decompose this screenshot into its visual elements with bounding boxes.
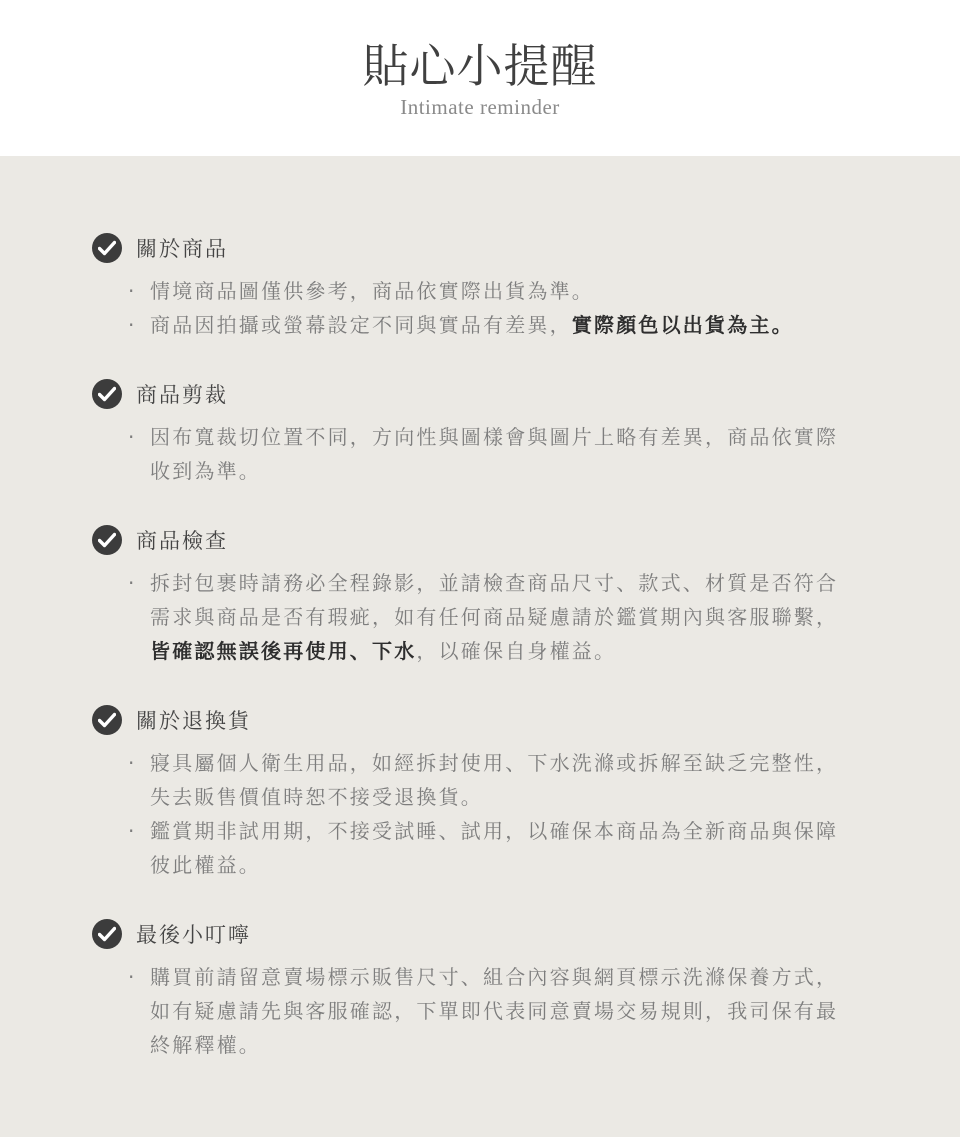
section-header: 最後小叮嚀: [92, 918, 882, 950]
bullet: ·: [128, 814, 137, 848]
section-title: 商品剪裁: [136, 379, 228, 409]
item-text: 商品因拍攝或螢幕設定不同與實品有差異，: [150, 313, 572, 337]
section-product-cutting: 商品剪裁 · 因布寬裁切位置不同，方向性與圖樣會與圖片上略有差異，商品依實際收到…: [92, 378, 882, 488]
section-header: 關於退換貨: [92, 704, 882, 736]
header: 貼心小提醒 Intimate reminder: [0, 0, 960, 156]
page-title: 貼心小提醒: [0, 38, 960, 94]
list-item: · 拆封包裹時請務必全程錄影，並請檢查商品尺寸、款式、材質是否符合需求與商品是否…: [128, 566, 850, 668]
item-text: ，以確保自身權益。: [416, 639, 616, 663]
section-product-inspection: 商品檢查 · 拆封包裹時請務必全程錄影，並請檢查商品尺寸、款式、材質是否符合需求…: [92, 524, 882, 668]
list-item: · 寢具屬個人衛生用品，如經拆封使用、下水洗滌或拆解至缺乏完整性，失去販售價值時…: [128, 746, 850, 814]
item-text: 拆封包裹時請務必全程錄影，並請檢查商品尺寸、款式、材質是否符合需求與商品是否有瑕…: [150, 571, 838, 629]
list-item: · 情境商品圖僅供參考，商品依實際出貨為準。: [128, 274, 850, 308]
list-item: · 商品因拍攝或螢幕設定不同與實品有差異，實際顏色以出貨為主。: [128, 308, 850, 342]
list-item: · 因布寬裁切位置不同，方向性與圖樣會與圖片上略有差異，商品依實際收到為準。: [128, 420, 850, 488]
item-emphasis: 皆確認無誤後再使用、下水: [150, 639, 416, 663]
bullet: ·: [128, 566, 137, 600]
section-title: 最後小叮嚀: [136, 919, 251, 949]
bullet: ·: [128, 308, 137, 342]
list-item: · 購買前請留意賣場標示販售尺寸、組合內容與網頁標示洗滌保養方式，如有疑慮請先與…: [128, 960, 850, 1062]
section-returns: 關於退換貨 · 寢具屬個人衛生用品，如經拆封使用、下水洗滌或拆解至缺乏完整性，失…: [92, 704, 882, 882]
item-text: 寢具屬個人衛生用品，如經拆封使用、下水洗滌或拆解至缺乏完整性，失去販售價值時恕不…: [150, 751, 838, 809]
check-circle-icon: [92, 379, 122, 409]
page-subtitle: Intimate reminder: [0, 94, 960, 120]
list-item: · 鑑賞期非試用期，不接受試睡、試用，以確保本商品為全新商品與保障彼此權益。: [128, 814, 850, 882]
check-circle-icon: [92, 705, 122, 735]
item-text: 情境商品圖僅供參考，商品依實際出貨為準。: [150, 279, 594, 303]
section-title: 關於退換貨: [136, 705, 251, 735]
item-emphasis: 實際顏色以出貨為主。: [572, 313, 794, 337]
bullet: ·: [128, 274, 137, 308]
bullet: ·: [128, 420, 137, 454]
section-title: 關於商品: [136, 233, 228, 263]
item-text: 購買前請留意賣場標示販售尺寸、組合內容與網頁標示洗滌保養方式，如有疑慮請先與客服…: [150, 965, 838, 1057]
check-circle-icon: [92, 525, 122, 555]
check-circle-icon: [92, 919, 122, 949]
section-final-reminder: 最後小叮嚀 · 購買前請留意賣場標示販售尺寸、組合內容與網頁標示洗滌保養方式，如…: [92, 918, 882, 1062]
item-text: 鑑賞期非試用期，不接受試睡、試用，以確保本商品為全新商品與保障彼此權益。: [150, 819, 838, 877]
check-circle-icon: [92, 233, 122, 263]
section-title: 商品檢查: [136, 525, 228, 555]
section-header: 商品檢查: [92, 524, 882, 556]
bullet: ·: [128, 746, 137, 780]
section-header: 關於商品: [92, 232, 882, 264]
bullet: ·: [128, 960, 137, 994]
item-text: 因布寬裁切位置不同，方向性與圖樣會與圖片上略有差異，商品依實際收到為準。: [150, 425, 838, 483]
section-header: 商品剪裁: [92, 378, 882, 410]
section-about-product: 關於商品 · 情境商品圖僅供參考，商品依實際出貨為準。 · 商品因拍攝或螢幕設定…: [92, 232, 882, 342]
